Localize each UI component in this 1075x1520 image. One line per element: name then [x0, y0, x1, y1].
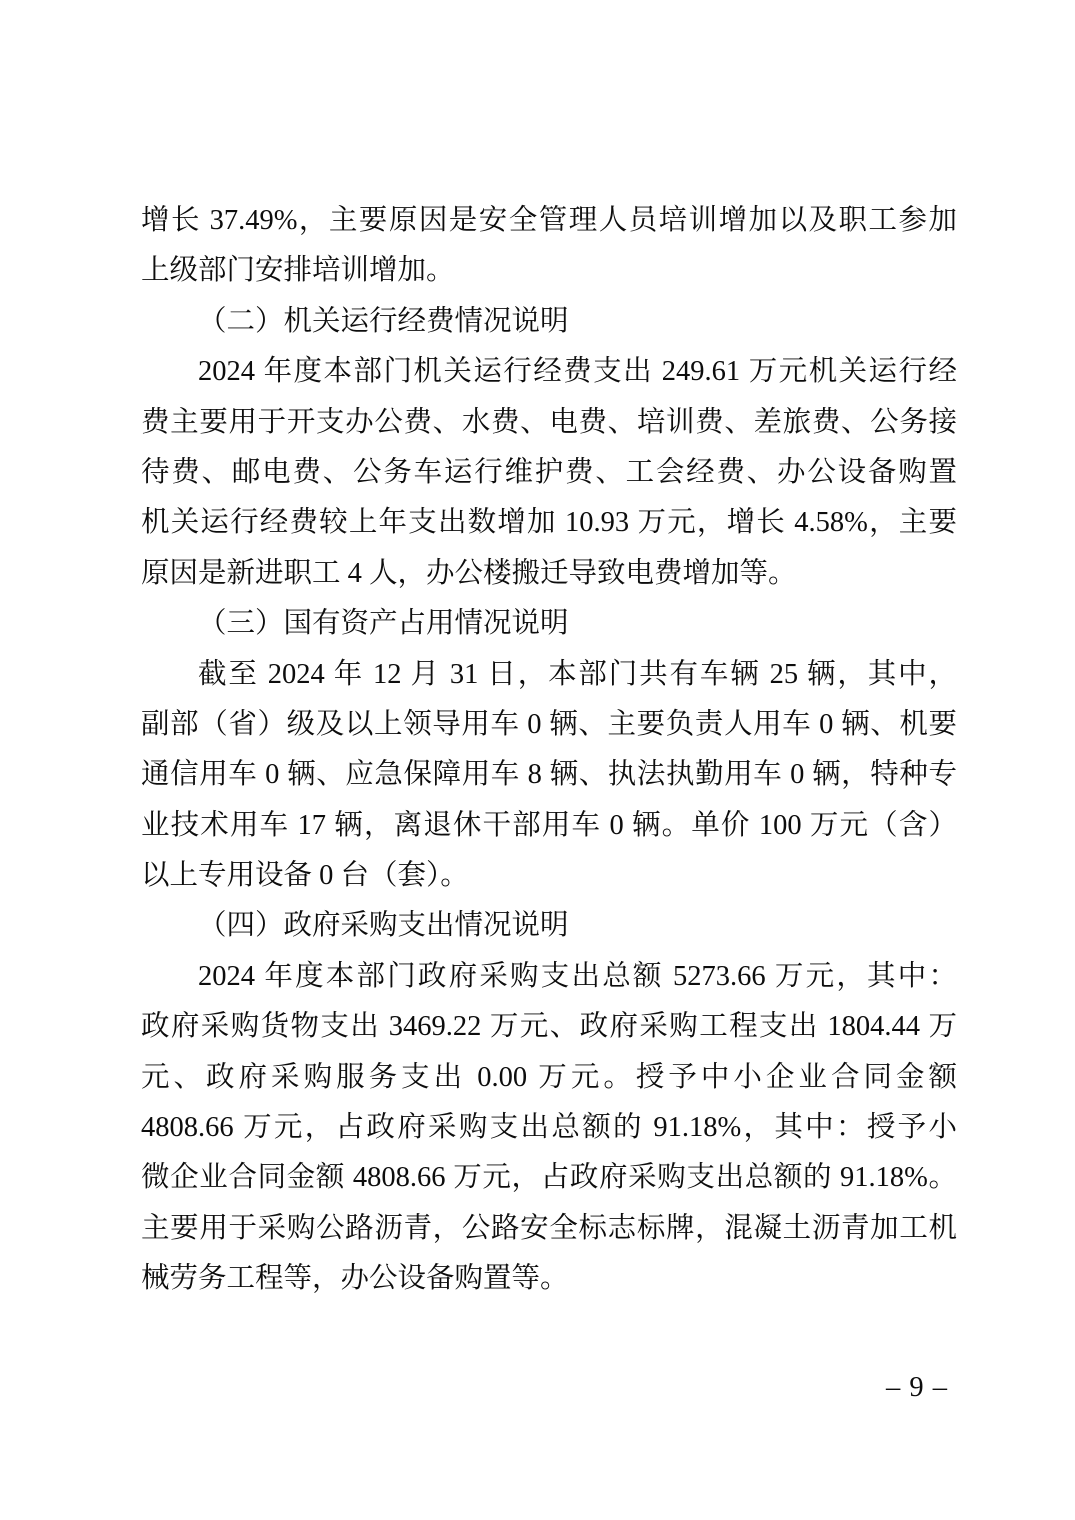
document-body: 增长 37.49%，主要原因是安全管理人员培训增加以及职工参加 上级部门安排培训…	[141, 196, 957, 1305]
paragraph-line: 2024 年度本部门机关运行经费支出 249.61 万元机关运行经	[141, 347, 957, 397]
paragraph-line: 增长 37.49%，主要原因是安全管理人员培训增加以及职工参加	[141, 196, 957, 246]
paragraph-line: 元、政府采购服务支出 0.00 万元。授予中小企业合同金额	[141, 1053, 957, 1103]
paragraph-line: 机关运行经费较上年支出数增加 10.93 万元，增长 4.58%，主要	[141, 498, 957, 548]
paragraph-line: 政府采购货物支出 3469.22 万元、政府采购工程支出 1804.44 万	[141, 1002, 957, 1052]
paragraph-line: 微企业合同金额 4808.66 万元，占政府采购支出总额的 91.18%。	[141, 1153, 957, 1203]
section-heading-2: （二）机关运行经费情况说明	[141, 297, 957, 347]
paragraph-line: 待费、邮电费、公务车运行维护费、工会经费、办公设备购置费。	[141, 448, 957, 498]
document-page: 增长 37.49%，主要原因是安全管理人员培训增加以及职工参加 上级部门安排培训…	[0, 0, 1075, 1520]
paragraph-line: 副部（省）级及以上领导用车 0 辆、主要负责人用车 0 辆、机要	[141, 700, 957, 750]
paragraph-line: 通信用车 0 辆、应急保障用车 8 辆、执法执勤用车 0 辆，特种专	[141, 750, 957, 800]
paragraph-line: 业技术用车 17 辆，离退休干部用车 0 辆。单价 100 万元（含）	[141, 801, 957, 851]
paragraph-line: 4808.66 万元，占政府采购支出总额的 91.18%，其中：授予小	[141, 1103, 957, 1153]
page-number: – 9 –	[857, 1365, 977, 1411]
paragraph-line: 原因是新进职工 4 人，办公楼搬迁导致电费增加等。	[141, 549, 957, 599]
section-heading-4: （四）政府采购支出情况说明	[141, 901, 957, 951]
paragraph-line: 截至 2024 年 12 月 31 日，本部门共有车辆 25 辆，其中，	[141, 650, 957, 700]
paragraph-line: 以上专用设备 0 台（套）。	[141, 851, 957, 901]
paragraph-line: 费主要用于开支办公费、水费、电费、培训费、差旅费、公务接	[141, 398, 957, 448]
paragraph-line: 械劳务工程等，办公设备购置等。	[141, 1254, 957, 1304]
paragraph-line: 主要用于采购公路沥青，公路安全标志标牌，混凝土沥青加工机	[141, 1204, 957, 1254]
section-heading-3: （三）国有资产占用情况说明	[141, 599, 957, 649]
paragraph-line: 2024 年度本部门政府采购支出总额 5273.66 万元，其中：	[141, 952, 957, 1002]
paragraph-line: 上级部门安排培训增加。	[141, 246, 957, 296]
